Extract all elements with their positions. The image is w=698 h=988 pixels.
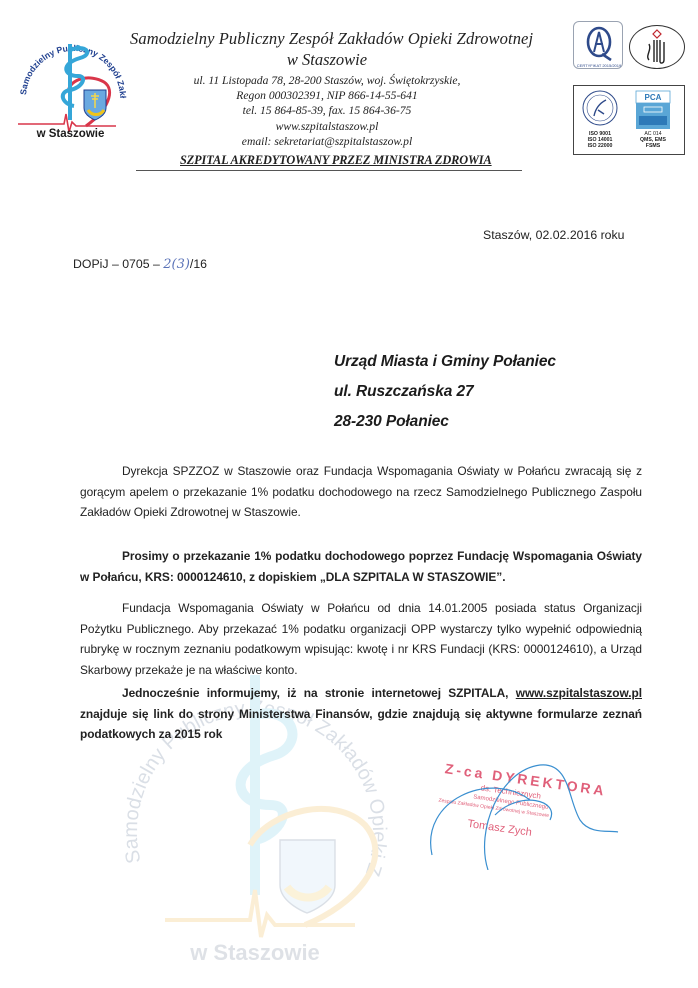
website-line[interactable]: www.szpitalstaszow.pl: [132, 119, 522, 134]
hospital-logo: Samodzielny Publiczny Zespół Zakładów Op…: [8, 20, 133, 145]
signature-stamp: Z-ca DYREKTORA ds. Technicznych Samodzie…: [420, 760, 620, 870]
hospital-logo-icon: Samodzielny Publiczny Zespół Zakładów Op…: [8, 20, 133, 145]
reference-handwritten: 2(3): [163, 257, 190, 272]
svg-text:w Staszowie: w Staszowie: [189, 940, 320, 965]
svg-text:CERTYFIKAT 2015/2019: CERTYFIKAT 2015/2019: [577, 63, 622, 68]
paragraph-website-info: Jednocześnie informujemy, iż na stronie …: [80, 683, 642, 745]
svg-text:PCA: PCA: [645, 93, 662, 102]
registry-line: Regon 000302391, NIP 866-14-55-641: [132, 88, 522, 103]
paragraph-appeal: Dyrekcja SPZZOZ w Staszowie oraz Fundacj…: [80, 461, 642, 523]
org-city: w Staszowie: [132, 49, 522, 70]
recipient-city: 28-230 Połaniec: [334, 407, 556, 437]
accreditation-banner: SZPITAL AKREDYTOWANY PRZEZ MINISTRA ZDRO…: [180, 153, 492, 168]
phone-line: tel. 15 864-85-39, fax. 15 864-36-75: [132, 103, 522, 118]
svg-text:Tomasz Zych: Tomasz Zych: [467, 818, 533, 839]
snj-logo-icon: [630, 26, 684, 68]
quality-certificate: CERTYFIKAT 2015/2019: [573, 21, 623, 69]
letterhead: Samodzielny Publiczny Zespół Zakładów Op…: [132, 28, 522, 149]
recipient-street: ul. Ruszczańska 27: [334, 377, 556, 407]
email-line[interactable]: email: sekretariat@szpitalstaszow.pl: [132, 134, 522, 149]
snj-certificate: [629, 25, 685, 69]
header-divider: [136, 170, 522, 171]
iso-certificate: PCA ISO 9001 ISO 14001 ISO 22000 AC 014 …: [573, 85, 685, 155]
stamp-icon: Z-ca DYREKTORA ds. Technicznych Samodzie…: [420, 760, 620, 870]
paragraph-foundation-info: Fundacja Wspomagania Oświaty w Połańcu o…: [80, 598, 642, 680]
org-name: Samodzielny Publiczny Zespół Zakładów Op…: [130, 28, 522, 49]
reference-number: DOPiJ – 0705 – 2(3)/16: [73, 257, 207, 272]
logo-city: w Staszowie: [8, 128, 133, 140]
quality-cert-icon: CERTYFIKAT 2015/2019: [574, 22, 624, 70]
website-link[interactable]: www.szpitalstaszow.pl: [516, 686, 642, 700]
svg-text:FSMS: FSMS: [646, 143, 661, 149]
iso-cert-icon: PCA ISO 9001 ISO 14001 ISO 22000 AC 014 …: [574, 86, 684, 154]
recipient-address: Urząd Miasta i Gminy Połaniec ul. Ruszcz…: [334, 347, 556, 437]
paragraph-request: Prosimy o przekazanie 1% podatku dochodo…: [80, 546, 642, 587]
place-date: Staszów, 02.02.2016 roku: [483, 228, 625, 242]
recipient-name: Urząd Miasta i Gminy Połaniec: [334, 347, 556, 377]
address-line: ul. 11 Listopada 78, 28-200 Staszów, woj…: [132, 73, 522, 88]
reference-prefix: DOPiJ – 0705 –: [73, 257, 163, 271]
reference-suffix: /16: [190, 257, 207, 271]
svg-text:ISO 22000: ISO 22000: [588, 143, 613, 149]
